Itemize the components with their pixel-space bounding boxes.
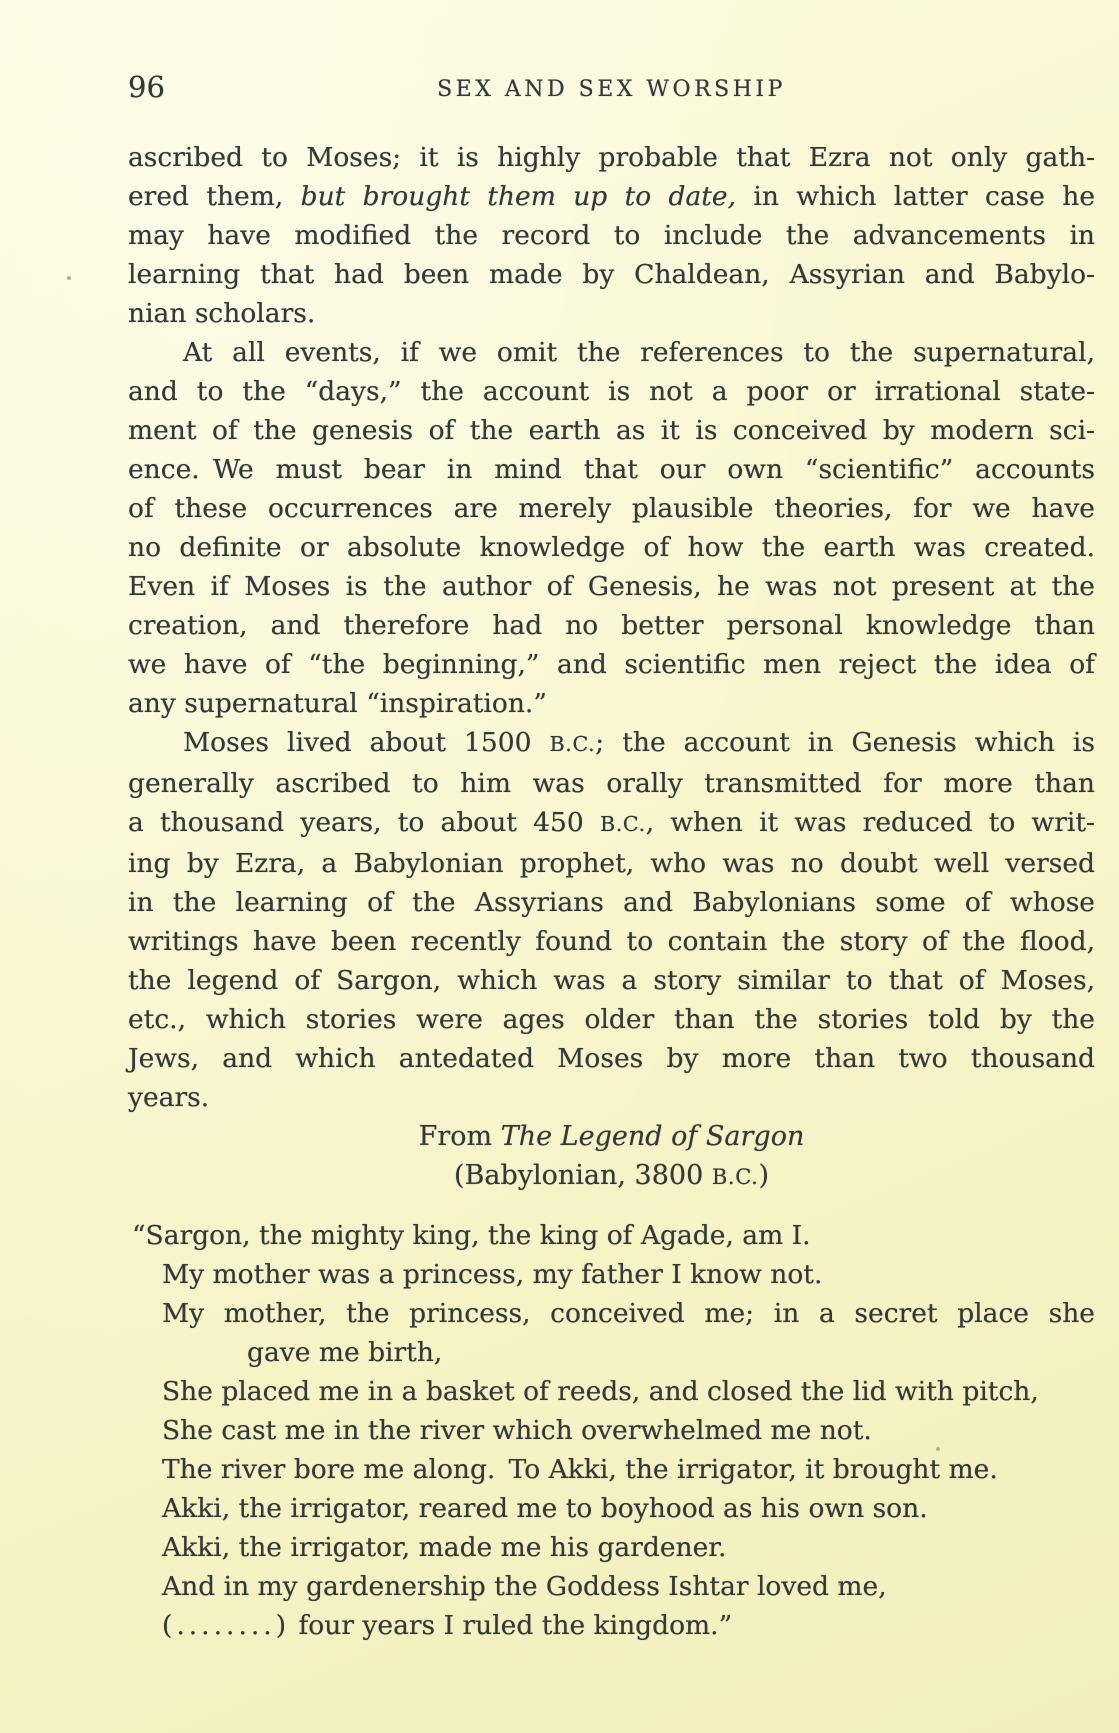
poem-line: My mother, the princess, conceived me; i… <box>162 1294 1095 1333</box>
poem-line: “Sargon, the mighty king, the king of Ag… <box>132 1216 1095 1255</box>
text-line: years. <box>128 1078 1095 1117</box>
text-block: 96 SEX AND SEX WORSHIP ascribed to Moses… <box>128 72 1095 1645</box>
text-line: of these occurrences are merely plausibl… <box>128 489 1095 528</box>
work-title-italic: The Legend of Sargon <box>501 1121 805 1152</box>
small-caps-abbreviation: B.C. <box>712 1164 759 1189</box>
body-text: ascribed to Moses; it is highly probable… <box>128 138 1095 1645</box>
text-line: no definite or absolute knowledge of how… <box>128 528 1095 567</box>
text-line: ered them, but brought them up to date, … <box>128 177 1095 216</box>
section-heading-subtitle: (Babylonian, 3800 B.C.) <box>128 1156 1095 1196</box>
text-line: Jews, and which antedated Moses by more … <box>128 1039 1095 1078</box>
text-line: Moses lived about 1500 B.C.; the account… <box>128 723 1095 764</box>
poem-line: Akki, the irrigator, made me his gardene… <box>162 1528 1095 1567</box>
text-line: Even if Moses is the author of Genesis, … <box>128 567 1095 606</box>
poem-quote: “Sargon, the mighty king, the king of Ag… <box>128 1216 1095 1645</box>
text-line: etc., which stories were ages older than… <box>128 1000 1095 1039</box>
poem-line: My mother was a princess, my father I kn… <box>162 1255 1095 1294</box>
text-run: ) <box>758 1160 769 1191</box>
poem-line: Akki, the irrigator, reared me to boyhoo… <box>162 1489 1095 1528</box>
text-run: a thousand years, to about 450 <box>128 807 600 838</box>
text-run: ered them, <box>128 181 301 212</box>
text-line: any supernatural “inspiration.” <box>128 684 1095 723</box>
text-line: ence. We must bear in mind that our own … <box>128 450 1095 489</box>
text-run: Moses lived about 1500 <box>183 727 550 758</box>
text-run: four years I ruled the kingdom.” <box>290 1610 732 1641</box>
section-heading-title: From The Legend of Sargon <box>128 1117 1095 1156</box>
paragraph: ascribed to Moses; it is highly probable… <box>128 138 1095 333</box>
poem-line-continuation: gave me birth, <box>162 1333 1095 1372</box>
text-run: in which latter case he <box>736 181 1095 212</box>
text-line: generally ascribed to him was orally tra… <box>128 764 1095 803</box>
small-caps-abbreviation: B.C. <box>600 812 646 836</box>
text-run: ; the account in Genesis which is <box>595 727 1095 758</box>
text-line: ing by Ezra, a Babylonian prophet, who w… <box>128 844 1095 883</box>
text-line: a thousand years, to about 450 B.C., whe… <box>128 803 1095 844</box>
small-caps-abbreviation: B.C. <box>550 732 596 756</box>
section-heading: From The Legend of Sargon (Babylonian, 3… <box>128 1117 1095 1196</box>
text-line: At all events, if we omit the references… <box>128 333 1095 372</box>
text-run: From <box>419 1121 501 1152</box>
italic-phrase: but brought them up to date, <box>301 181 736 212</box>
text-line: may have modified the record to include … <box>128 216 1095 255</box>
text-line: writings have been recently found to con… <box>128 922 1095 961</box>
text-line: we have of “the beginning,” and scientif… <box>128 645 1095 684</box>
paragraph: At all events, if we omit the references… <box>128 333 1095 723</box>
paragraph: Moses lived about 1500 B.C.; the account… <box>128 723 1095 1117</box>
page-header: 96 SEX AND SEX WORSHIP <box>128 72 1095 138</box>
text-line: creation, and therefore had no better pe… <box>128 606 1095 645</box>
text-line: nian scholars. <box>128 294 1095 333</box>
scan-speck <box>936 1447 940 1451</box>
text-run: , when it was reduced to writ- <box>646 807 1095 838</box>
text-run: (Babylonian, 3800 <box>454 1160 712 1191</box>
text-line: the legend of Sargon, which was a story … <box>128 961 1095 1000</box>
book-page: 96 SEX AND SEX WORSHIP ascribed to Moses… <box>0 0 1119 1733</box>
poem-line: She placed me in a basket of reeds, and … <box>162 1372 1095 1411</box>
poem-line: And in my gardenership the Goddess Ishta… <box>162 1567 1095 1606</box>
text-line: ascribed to Moses; it is highly probable… <box>128 138 1095 177</box>
ellipsis-lacuna: (........) <box>162 1610 290 1641</box>
scan-speck <box>67 276 71 280</box>
running-head: SEX AND SEX WORSHIP <box>128 77 1095 103</box>
poem-line: (........) four years I ruled the kingdo… <box>162 1606 1095 1645</box>
text-line: and to the “days,” the account is not a … <box>128 372 1095 411</box>
poem-line: The river bore me along. To Akki, the ir… <box>162 1450 1095 1489</box>
text-line: learning that had been made by Chaldean,… <box>128 255 1095 294</box>
text-line: ment of the genesis of the earth as it i… <box>128 411 1095 450</box>
poem-line: She cast me in the river which overwhelm… <box>162 1411 1095 1450</box>
text-line: in the learning of the Assyrians and Bab… <box>128 883 1095 922</box>
scan-speck <box>838 1583 841 1586</box>
